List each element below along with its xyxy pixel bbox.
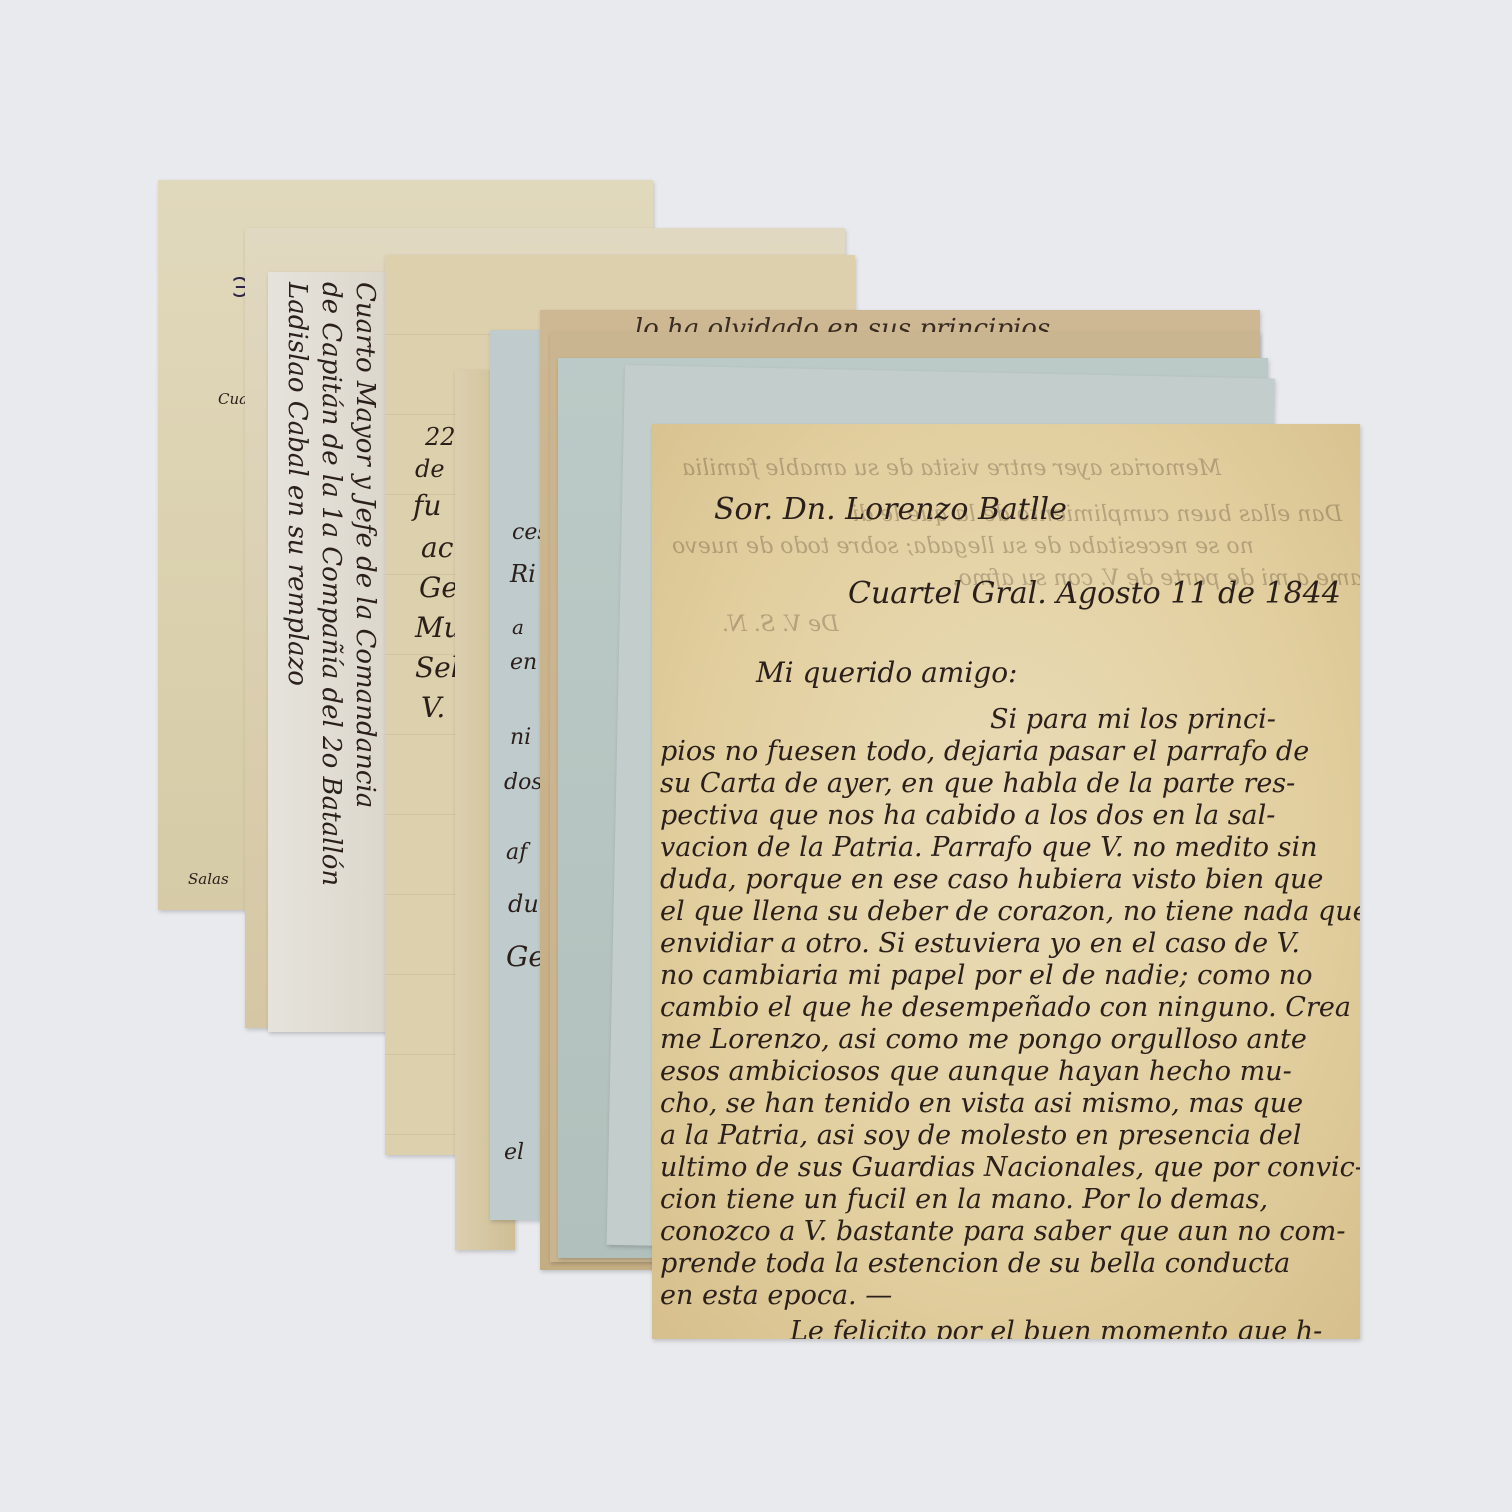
sheet-fragment-text: Ri: [510, 560, 536, 588]
slip-text-line: de Capitán de la 1a Compañía del 2o Bata…: [316, 282, 346, 886]
sheet-fragment-text: ac: [421, 531, 453, 564]
bleed-through-text: no se necesitaba de su llegada; sobre to…: [672, 534, 1254, 559]
sheet-fragment-text: af: [506, 840, 527, 865]
body-line: a la Patria, asi soy de molesto en prese…: [660, 1120, 1360, 1152]
sheet-fragment-text: 22: [425, 423, 456, 451]
body-line: esos ambiciosos que aunque hayan hecho m…: [660, 1056, 1360, 1088]
sheet-fragment-text: V.: [421, 691, 445, 724]
sheet-fragment-text: ni: [510, 725, 531, 750]
sheet-fragment-text: de: [415, 455, 445, 483]
body-line: prende toda la estencion de su bella con…: [660, 1248, 1360, 1280]
bleed-through-text: De V. S. N.: [722, 612, 839, 637]
sheet-fragment-text: du: [508, 890, 539, 918]
place-date: Cuartel Gral. Agosto 11 de 1844: [848, 576, 1341, 611]
bleed-through-text: Memorias ayer entre visita de su amable …: [682, 456, 1221, 481]
sheet-fragment-text: Ge: [419, 571, 458, 604]
sheet-fragment-text: a: [512, 615, 524, 639]
sheet-fragment-text: Salas: [188, 870, 229, 888]
body-line: en esta epoca. —: [660, 1280, 1360, 1312]
sheet-fragment-text: el: [504, 1140, 524, 1165]
body-line: ultimo de sus Guardias Nacionales, que p…: [660, 1152, 1360, 1184]
sheet-fragment-text: Cua: [218, 390, 248, 408]
body-line: cambio el que he desempeñado con ninguno…: [660, 992, 1360, 1024]
body-line: cion tiene un fucil en la mano. Por lo d…: [660, 1184, 1360, 1216]
body-line: Le felicito por el buen momento que h-: [660, 1312, 1360, 1339]
body-line: vacion de la Patria. Parrafo que V. no m…: [660, 832, 1360, 864]
body-line: su Carta de ayer, en que habla de la par…: [660, 768, 1360, 800]
body-line: Si para mi los princi-: [660, 704, 1360, 736]
body-line: pios no fuesen todo, dejaria pasar el pa…: [660, 736, 1360, 768]
sheet-fragment-text: Sel: [415, 651, 460, 684]
addressee: Sor. Dn. Lorenzo Batlle: [714, 492, 1067, 527]
body-line: el que llena su deber de corazon, no tie…: [660, 896, 1360, 928]
body-line: pectiva que nos ha cabido a los dos en l…: [660, 800, 1360, 832]
body-line: no cambiaria mi papel por el de nadie; c…: [660, 960, 1360, 992]
body-line: me Lorenzo, asi como me pongo orgulloso …: [660, 1024, 1360, 1056]
body-line: conozco a V. bastante para saber que aun…: [660, 1216, 1360, 1248]
sheet-fragment-text: fu: [413, 489, 441, 522]
salutation: Mi querido amigo:: [756, 656, 1018, 689]
body-line: envidiar a otro. Si estuviera yo en el c…: [660, 928, 1360, 960]
letter-body: Si para mi los princi- pios no fuesen to…: [660, 704, 1360, 1339]
sheet-fragment-text: dos: [504, 770, 543, 795]
sheet-fragment-text: en: [510, 650, 537, 675]
top-letter: Memorias ayer entre visita de su amable …: [652, 424, 1360, 1339]
slip-text-line: Ladislao Cabal en su remplazo: [282, 282, 312, 686]
sheet-white-slip: Cuarto Mayor y Jefe de la Comandancia de…: [268, 272, 388, 1032]
slip-text-line: Cuarto Mayor y Jefe de la Comandancia: [350, 282, 380, 808]
body-line: duda, porque en ese caso hubiera visto b…: [660, 864, 1360, 896]
body-line: cho, se han tenido en vista asi mismo, m…: [660, 1088, 1360, 1120]
